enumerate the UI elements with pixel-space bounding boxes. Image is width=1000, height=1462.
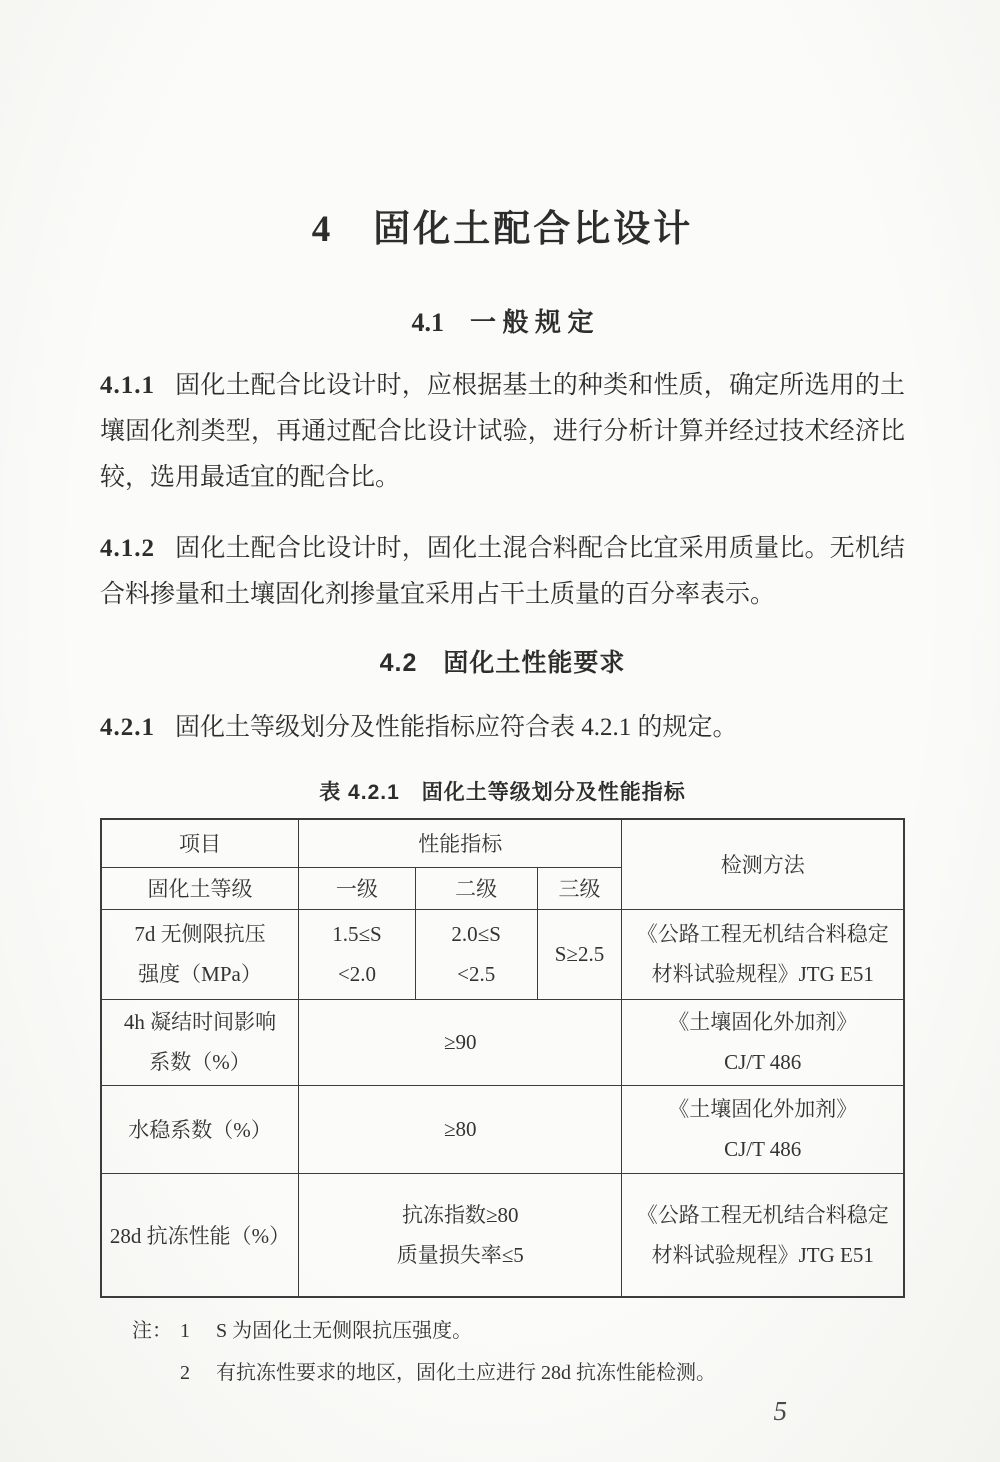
header-grade-cell: 固化土等级 [101,867,299,909]
method-cell: 《公路工程无机结合料稳定 材料试验规程》JTG E51 [622,1173,904,1297]
method-cell: 《公路工程无机结合料稳定 材料试验规程》JTG E51 [622,909,904,999]
clause-number: 4.1.2 [100,535,155,562]
method-line: CJ/T 486 [626,1129,899,1169]
note-label: 注： [132,1310,180,1352]
note-text: 有抗冻性要求的地区，固化土应进行 28d 抗冻性能检测。 [216,1362,716,1384]
table-caption: 表 4.2.1 固化土等级划分及性能指标 [100,776,905,806]
clause-number: 4.2.1 [100,714,155,741]
header-grade-1-cell: 一级 [299,867,416,909]
item-cell: 4h 凝结时间影响 系数（%） [101,999,299,1085]
clause-number: 4.1.1 [100,372,155,399]
method-line: 材料试验规程》JTG E51 [626,954,899,994]
note-item-2: 2有抗冻性要求的地区，固化土应进行 28d 抗冻性能检测。 [132,1352,905,1394]
value-line: 质量损失率≤5 [303,1235,617,1275]
note-number: 1 [180,1310,216,1352]
page-content: 4 固化土配合比设计 4.1 一 般 规 定 4.1.1固化土配合比设计时，应根… [0,0,1000,1427]
chapter-heading: 4 固化土配合比设计 [100,0,905,252]
table-notes: 注：1S 为固化土无侧限抗压强度。 2有抗冻性要求的地区，固化土应进行 28d … [100,1310,905,1394]
header-grade-2-cell: 二级 [415,867,537,909]
grade-1-value-cell: 1.5≤S <2.0 [299,909,416,999]
item-cell: 7d 无侧限抗压 强度（MPa） [101,909,299,999]
performance-table: 项目 性能指标 检测方法 固化土等级 一级 二级 三级 7d 无侧限抗压 强度（… [100,818,905,1298]
header-performance-cell: 性能指标 [299,819,622,867]
section-heading-4-1: 4.1 一 般 规 定 [100,302,905,339]
table-row-4h-setting: 4h 凝结时间影响 系数（%） ≥90 《土壤固化外加剂》 CJ/T 486 [101,999,904,1085]
method-line: 材料试验规程》JTG E51 [626,1235,899,1275]
table-row-28d-frost: 28d 抗冻性能（%） 抗冻指数≥80 质量损失率≤5 《公路工程无机结合料稳定… [101,1173,904,1297]
method-line: 《公路工程无机结合料稳定 [626,1195,899,1235]
item-line: 4h 凝结时间影响 [106,1002,294,1042]
method-cell: 《土壤固化外加剂》 CJ/T 486 [622,999,904,1085]
item-line: 7d 无侧限抗压 [106,914,294,954]
clause-text: 固化土等级划分及性能指标应符合表 4.2.1 的规定。 [175,714,738,741]
value-line: <2.5 [420,954,533,994]
document-page: 4 固化土配合比设计 4.1 一 般 规 定 4.1.1固化土配合比设计时，应根… [0,0,1000,1462]
grade-2-value-cell: 2.0≤S <2.5 [415,909,537,999]
method-line: CJ/T 486 [626,1042,899,1082]
item-line: 强度（MPa） [106,954,294,994]
item-line: 系数（%） [106,1042,294,1082]
clause-4-1-2: 4.1.2固化土配合比设计时，固化土混合料配合比宜采用质量比。无机结合料掺量和土… [100,526,905,618]
clause-4-2-1: 4.2.1固化土等级划分及性能指标应符合表 4.2.1 的规定。 [100,705,905,751]
clause-text: 固化土配合比设计时，固化土混合料配合比宜采用质量比。无机结合料掺量和土壤固化剂掺… [100,535,905,608]
note-text: S 为固化土无侧限抗压强度。 [216,1320,472,1342]
value-line: 1.5≤S [303,914,411,954]
table-row-7d-strength: 7d 无侧限抗压 强度（MPa） 1.5≤S <2.0 2.0≤S <2.5 S… [101,909,904,999]
value-line: S≥2.5 [542,934,618,974]
item-cell: 28d 抗冻性能（%） [101,1173,299,1297]
merged-value-cell: ≥90 [299,999,622,1085]
method-line: 《公路工程无机结合料稳定 [626,914,899,954]
item-cell: 水稳系数（%） [101,1085,299,1173]
header-method-cell: 检测方法 [622,819,904,909]
clause-4-1-1: 4.1.1固化土配合比设计时，应根据基土的种类和性质，确定所选用的土壤固化剂类型… [100,363,905,501]
value-line: 抗冻指数≥80 [303,1195,617,1235]
header-item-cell: 项目 [101,819,299,867]
section-heading-4-2: 4.2 固化土性能要求 [100,643,905,679]
table-row-water-stability: 水稳系数（%） ≥80 《土壤固化外加剂》 CJ/T 486 [101,1085,904,1173]
value-line: <2.0 [303,954,411,994]
note-item-1: 注：1S 为固化土无侧限抗压强度。 [132,1310,905,1352]
value-line: 2.0≤S [420,914,533,954]
page-number: 5 [100,1396,905,1427]
clause-text: 固化土配合比设计时，应根据基土的种类和性质，确定所选用的土壤固化剂类型，再通过配… [100,372,905,491]
note-number: 2 [180,1352,216,1394]
method-line: 《土壤固化外加剂》 [626,1002,899,1042]
header-grade-3-cell: 三级 [537,867,622,909]
method-line: 《土壤固化外加剂》 [626,1089,899,1129]
table-header-row-1: 项目 性能指标 检测方法 [101,819,904,867]
merged-value-cell: ≥80 [299,1085,622,1173]
method-cell: 《土壤固化外加剂》 CJ/T 486 [622,1085,904,1173]
merged-value-cell: 抗冻指数≥80 质量损失率≤5 [299,1173,622,1297]
grade-3-value-cell: S≥2.5 [537,909,622,999]
